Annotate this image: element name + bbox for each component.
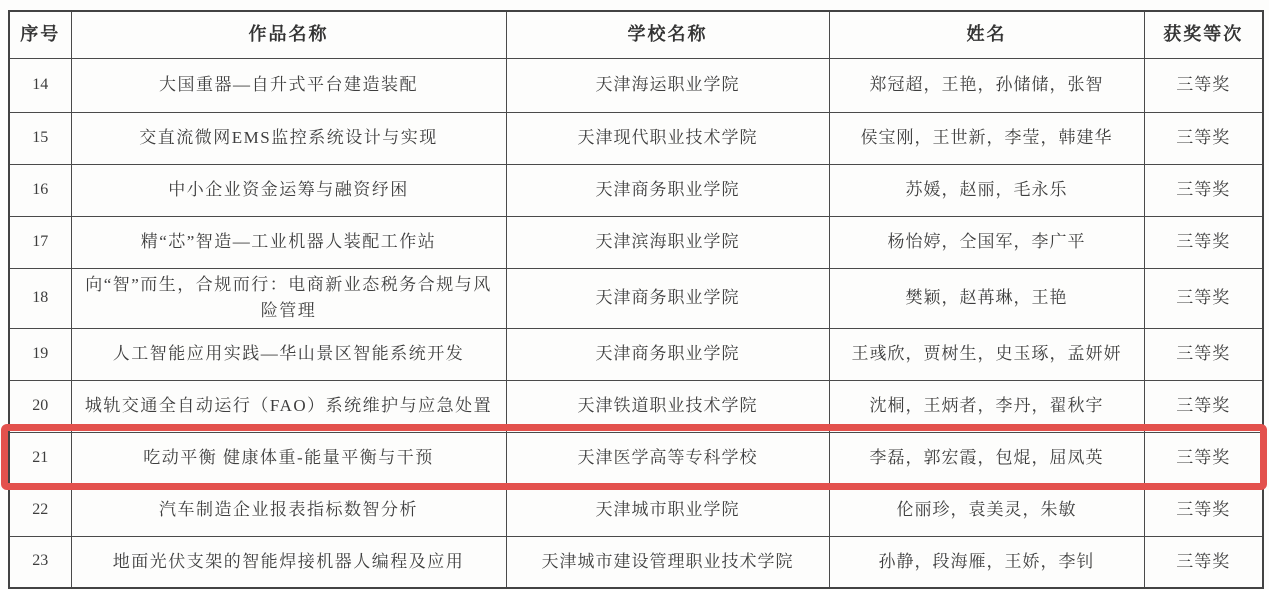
cell-school: 天津商务职业学院: [506, 164, 829, 216]
cell-work: 人工智能应用实践—华山景区智能系统开发: [71, 328, 506, 380]
cell-award: 三等奖: [1144, 536, 1263, 588]
table-row: 20 城轨交通全自动运行（FAO）系统维护与应急处置 天津铁道职业技术学院 沈桐…: [9, 380, 1263, 432]
column-header-award: 获奖等次: [1144, 11, 1263, 58]
cell-work: 大国重器—自升式平台建造装配: [71, 58, 506, 112]
table-row: 19 人工智能应用实践—华山景区智能系统开发 天津商务职业学院 王彧欣，贾树生，…: [9, 328, 1263, 380]
cell-index: 17: [9, 216, 71, 268]
cell-school: 天津滨海职业学院: [506, 216, 829, 268]
column-header-school: 学校名称: [506, 11, 829, 58]
table-row: 23 地面光伏支架的智能焊接机器人编程及应用 天津城市建设管理职业技术学院 孙静…: [9, 536, 1263, 588]
cell-names: 苏媛，赵丽，毛永乐: [829, 164, 1144, 216]
header-row: 序号 作品名称 学校名称 姓名 获奖等次: [9, 11, 1263, 58]
cell-names: 樊颖，赵苒琳，王艳: [829, 268, 1144, 328]
column-header-names: 姓名: [829, 11, 1144, 58]
cell-names: 杨怡婷，仝国军，李广平: [829, 216, 1144, 268]
table-row: 18 向“智”而生，合规而行：电商新业态税务合规与风险管理 天津商务职业学院 樊…: [9, 268, 1263, 328]
cell-school: 天津医学高等专科学校: [506, 432, 829, 484]
cell-school: 天津商务职业学院: [506, 328, 829, 380]
cell-names: 侯宝刚，王世新，李莹，韩建华: [829, 112, 1144, 164]
cell-work: 地面光伏支架的智能焊接机器人编程及应用: [71, 536, 506, 588]
cell-work: 向“智”而生，合规而行：电商新业态税务合规与风险管理: [71, 268, 506, 328]
cell-work: 汽车制造企业报表指标数智分析: [71, 484, 506, 536]
cell-names: 王彧欣，贾树生，史玉琢，孟妍妍: [829, 328, 1144, 380]
cell-index: 14: [9, 58, 71, 112]
cell-names: 沈桐，王炳者，李丹，翟秋宇: [829, 380, 1144, 432]
cell-award: 三等奖: [1144, 268, 1263, 328]
cell-award: 三等奖: [1144, 164, 1263, 216]
cell-names: 伦丽珍，袁美灵，朱敏: [829, 484, 1144, 536]
cell-index: 23: [9, 536, 71, 588]
cell-names: 郑冠超，王艳，孙储储，张智: [829, 58, 1144, 112]
award-results-table: 序号 作品名称 学校名称 姓名 获奖等次 14 大国重器—自升式平台建造装配 天…: [8, 10, 1264, 589]
cell-index: 19: [9, 328, 71, 380]
column-header-index: 序号: [9, 11, 71, 58]
cell-award: 三等奖: [1144, 380, 1263, 432]
cell-award: 三等奖: [1144, 328, 1263, 380]
cell-award: 三等奖: [1144, 58, 1263, 112]
cell-index: 18: [9, 268, 71, 328]
cell-index: 21: [9, 432, 71, 484]
cell-index: 16: [9, 164, 71, 216]
cell-school: 天津城市职业学院: [506, 484, 829, 536]
cell-school: 天津商务职业学院: [506, 268, 829, 328]
cell-school: 天津铁道职业技术学院: [506, 380, 829, 432]
table-row: 14 大国重器—自升式平台建造装配 天津海运职业学院 郑冠超，王艳，孙储储，张智…: [9, 58, 1263, 112]
cell-index: 15: [9, 112, 71, 164]
table-row: 17 精“芯”智造—工业机器人装配工作站 天津滨海职业学院 杨怡婷，仝国军，李广…: [9, 216, 1263, 268]
cell-index: 22: [9, 484, 71, 536]
table-row: 16 中小企业资金运筹与融资纾困 天津商务职业学院 苏媛，赵丽，毛永乐 三等奖: [9, 164, 1263, 216]
cell-names: 孙静，段海雁，王娇，李钊: [829, 536, 1144, 588]
cell-index: 20: [9, 380, 71, 432]
cell-award: 三等奖: [1144, 432, 1263, 484]
cell-award: 三等奖: [1144, 216, 1263, 268]
scanned-award-document: 序号 作品名称 学校名称 姓名 获奖等次 14 大国重器—自升式平台建造装配 天…: [0, 0, 1269, 590]
cell-school: 天津城市建设管理职业技术学院: [506, 536, 829, 588]
cell-award: 三等奖: [1144, 484, 1263, 536]
cell-work: 中小企业资金运筹与融资纾困: [71, 164, 506, 216]
cell-school: 天津海运职业学院: [506, 58, 829, 112]
cell-work: 精“芯”智造—工业机器人装配工作站: [71, 216, 506, 268]
cell-work: 城轨交通全自动运行（FAO）系统维护与应急处置: [71, 380, 506, 432]
column-header-work: 作品名称: [71, 11, 506, 58]
table-row: 15 交直流微网EMS监控系统设计与实现 天津现代职业技术学院 侯宝刚，王世新，…: [9, 112, 1263, 164]
cell-school: 天津现代职业技术学院: [506, 112, 829, 164]
table-row: 22 汽车制造企业报表指标数智分析 天津城市职业学院 伦丽珍，袁美灵，朱敏 三等…: [9, 484, 1263, 536]
cell-work: 交直流微网EMS监控系统设计与实现: [71, 112, 506, 164]
cell-work: 吃动平衡 健康体重-能量平衡与干预: [71, 432, 506, 484]
cell-names: 李磊，郭宏霞，包焜，屈凤英: [829, 432, 1144, 484]
table-row-highlighted: 21 吃动平衡 健康体重-能量平衡与干预 天津医学高等专科学校 李磊，郭宏霞，包…: [9, 432, 1263, 484]
cell-award: 三等奖: [1144, 112, 1263, 164]
